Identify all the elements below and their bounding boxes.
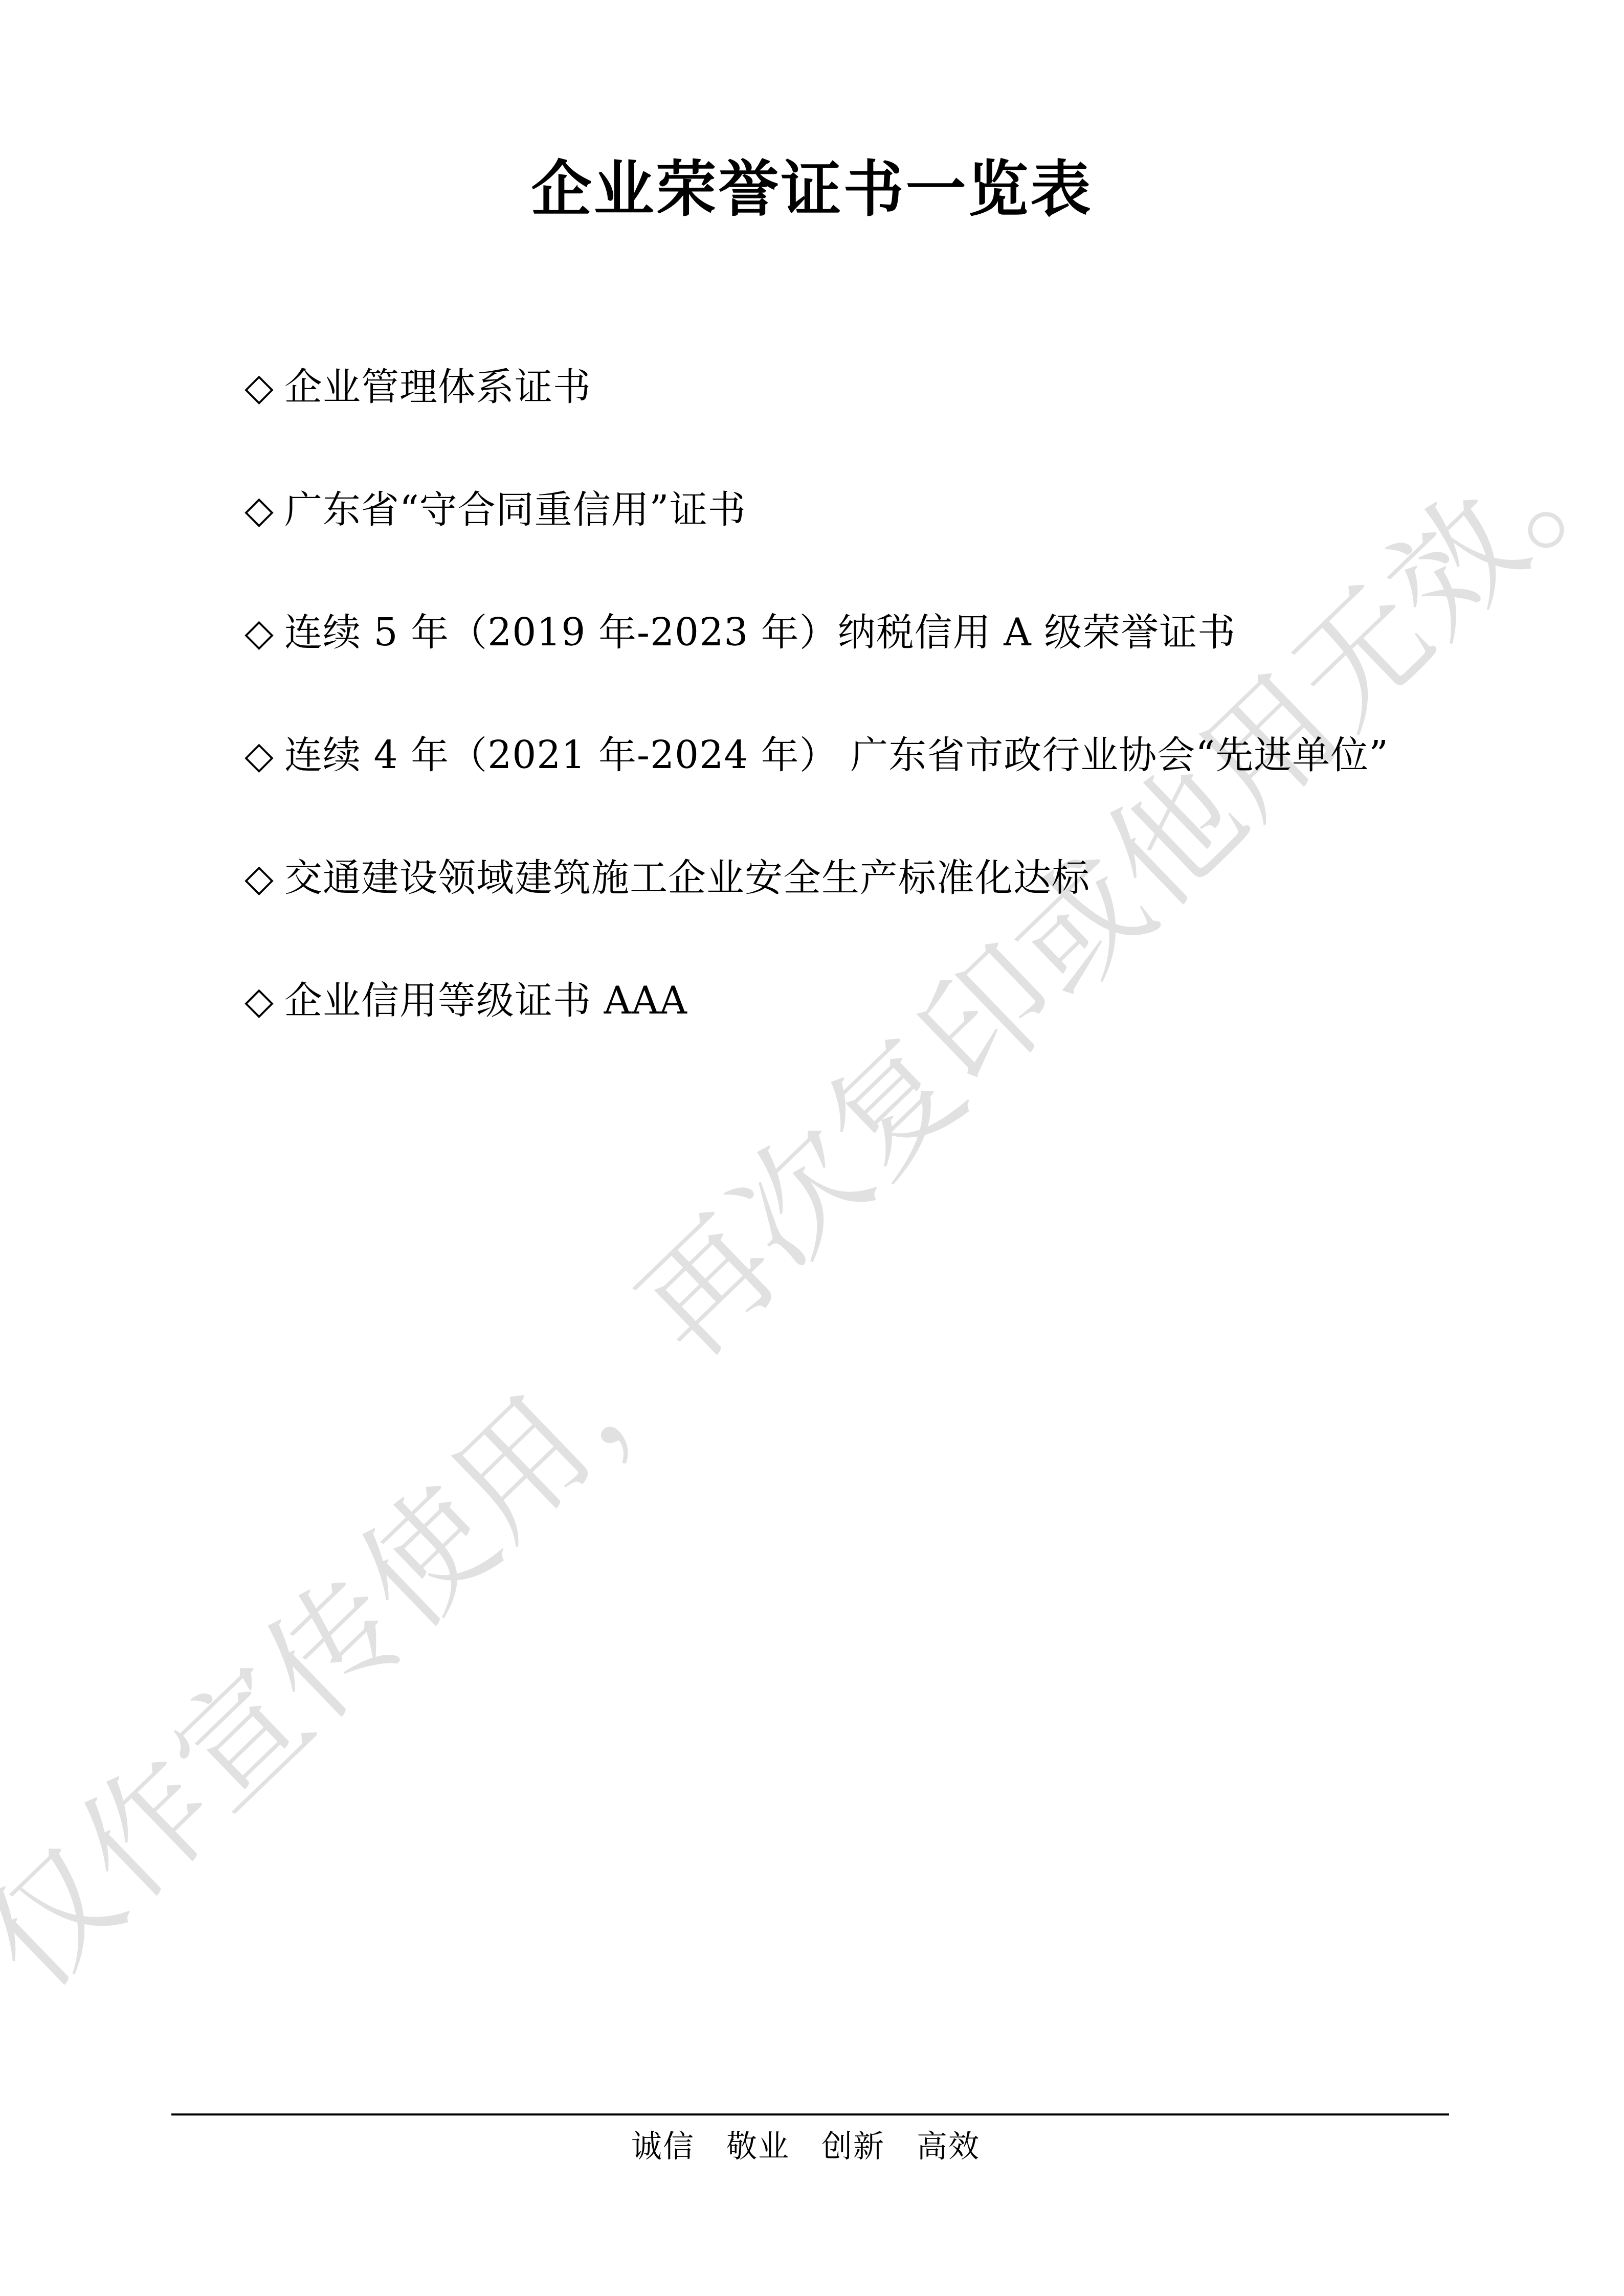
list-item-text: 企业信用等级证书 AAA [284, 978, 687, 1024]
diamond-bullet-icon: ◇ [244, 732, 284, 778]
list-item-text: 交通建设领域建筑施工企业安全生产标准化达标 [284, 855, 1090, 901]
list-item: ◇ 交通建设领域建筑施工企业安全生产标准化达标 [244, 855, 1389, 978]
list-item: ◇ 连续 4 年（2021 年-2024 年） 广东省市政行业协会“先进单位” [244, 732, 1389, 855]
list-item: ◇ 企业信用等级证书 AAA [244, 978, 1389, 1100]
page-title: 企业荣誉证书一览表 [0, 153, 1624, 225]
diamond-bullet-icon: ◇ [244, 610, 284, 656]
diamond-bullet-icon: ◇ [244, 855, 284, 901]
list-item: ◇ 连续 5 年（2019 年-2023 年）纳税信用 A 级荣誉证书 [244, 610, 1389, 732]
footer-divider [171, 2113, 1449, 2115]
honor-list: ◇ 企业管理体系证书 ◇ 广东省“守合同重信用”证书 ◇ 连续 5 年（2019… [244, 364, 1389, 1100]
list-item: ◇ 广东省“守合同重信用”证书 [244, 487, 1389, 610]
list-item-text: 连续 5 年（2019 年-2023 年）纳税信用 A 级荣誉证书 [284, 610, 1236, 656]
motto-word: 创新 [821, 2126, 885, 2167]
document-page: 仅作宣传使用，再次复印或他用无效。 企业荣誉证书一览表 ◇ 企业管理体系证书 ◇… [0, 0, 1624, 2296]
motto-word: 高效 [917, 2126, 980, 2167]
diamond-bullet-icon: ◇ [244, 487, 284, 533]
diamond-bullet-icon: ◇ [244, 978, 284, 1024]
list-item-text: 连续 4 年（2021 年-2024 年） 广东省市政行业协会“先进单位” [284, 732, 1389, 778]
diamond-bullet-icon: ◇ [244, 364, 284, 410]
list-item-text: 企业管理体系证书 [284, 364, 591, 410]
motto-word: 诚信 [631, 2126, 695, 2167]
motto-word: 敬业 [726, 2126, 790, 2167]
list-item: ◇ 企业管理体系证书 [244, 364, 1389, 487]
footer-motto: 诚信 敬业 创新 高效 [631, 2126, 980, 2167]
list-item-text: 广东省“守合同重信用”证书 [284, 487, 746, 533]
